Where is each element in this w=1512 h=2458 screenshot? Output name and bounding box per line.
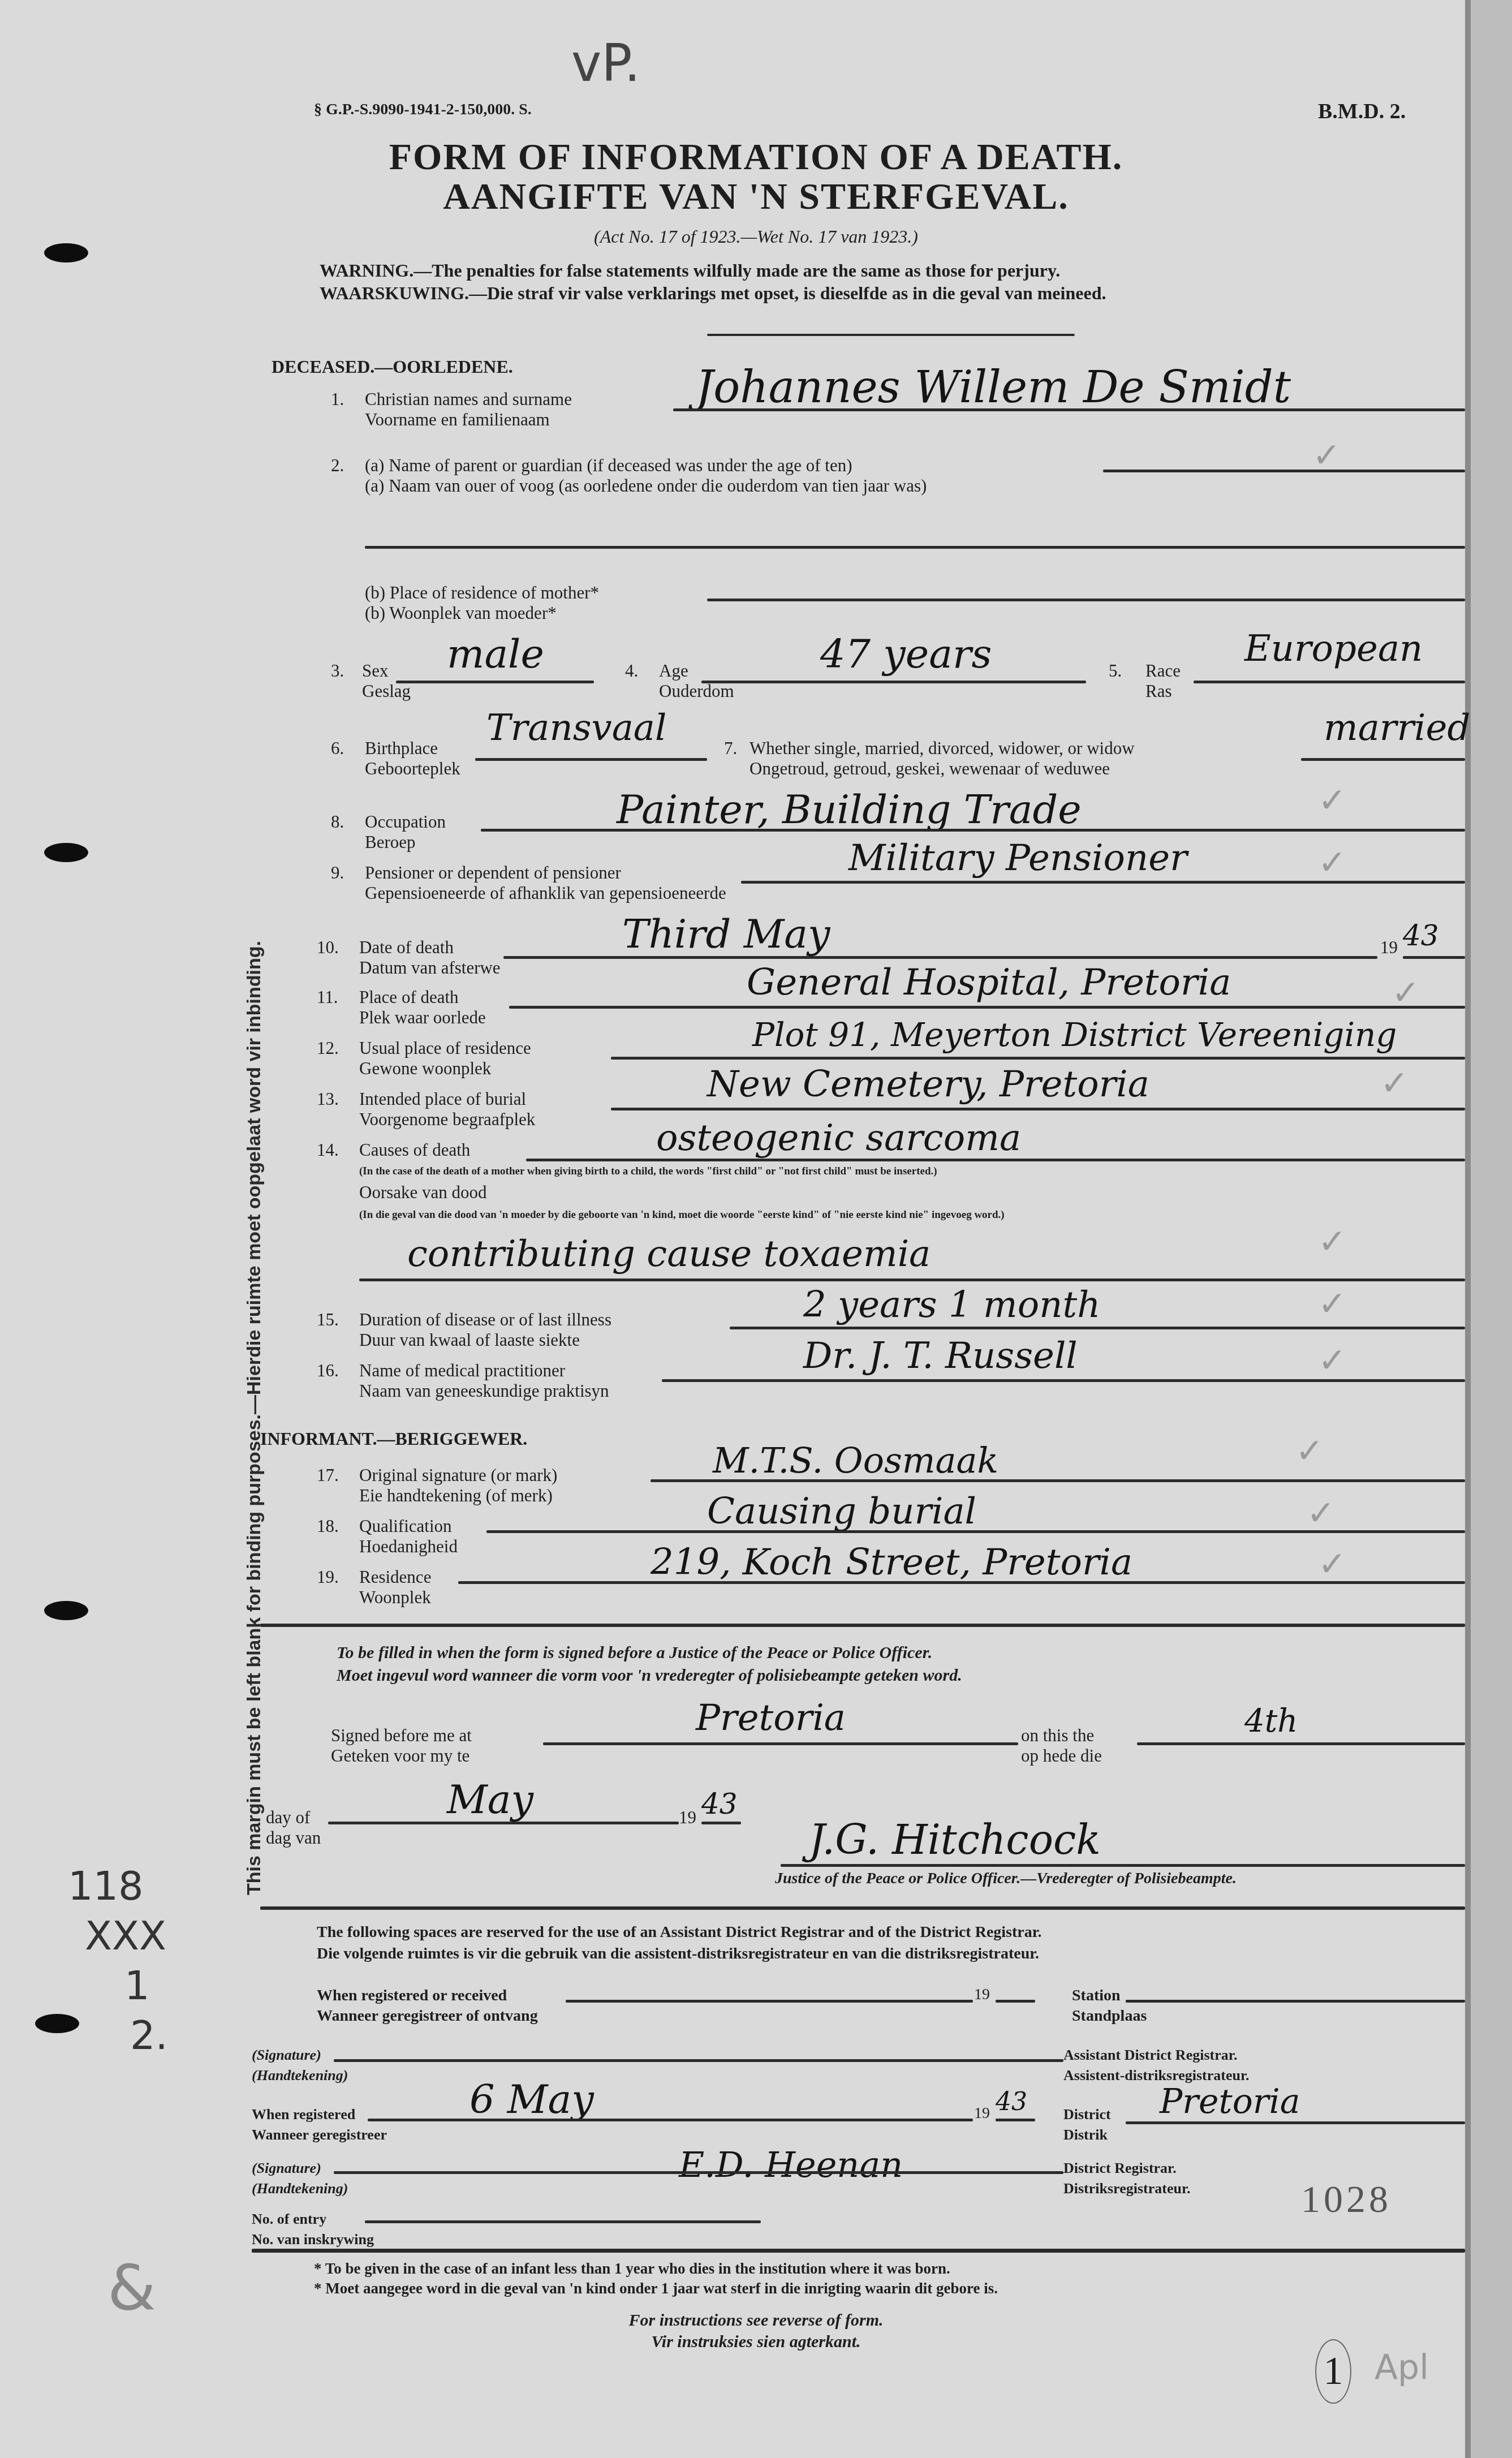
justice-signature[interactable]: J.G. Hitchcock xyxy=(809,1816,1101,1863)
age-value[interactable]: 47 years xyxy=(820,631,992,677)
registrar-intro-af: Die volgende ruimtes is vir die gebruik … xyxy=(317,1945,1039,1963)
justice-caption: Justice of the Peace or Police Officer.—… xyxy=(775,1870,1237,1888)
check-mark-icon: ✓ xyxy=(1318,1284,1346,1324)
signed-at-value[interactable]: Pretoria xyxy=(696,1697,846,1739)
entry-number-field[interactable] xyxy=(365,2220,761,2223)
names-label: Christian names and surname Voorname en … xyxy=(365,389,572,430)
practitioner-value[interactable]: Dr. J. T. Russell xyxy=(803,1335,1078,1377)
instructions-af: Vir instruksies sien agterkant. xyxy=(0,2332,1512,2352)
informant-heading: INFORMANT.—BERIGGEWER. xyxy=(260,1428,527,1449)
stamp-number: 1028 xyxy=(1301,2177,1392,2222)
cause-note-af: (In die geval van die dood van 'n moeder… xyxy=(359,1208,1468,1222)
warning-af: WAARSKUWING.—Die straf vir valse verklar… xyxy=(320,283,1106,304)
informant-signature-value[interactable]: M.T.S. Oosmaak xyxy=(713,1440,998,1481)
section-divider xyxy=(260,1906,1465,1910)
divider xyxy=(707,334,1075,336)
section-divider xyxy=(260,1624,1465,1627)
warning-en: WARNING.—The penalties for false stateme… xyxy=(320,260,1060,281)
circled-number: 1 xyxy=(1315,2339,1351,2404)
names-value[interactable]: Johannes Willem De Smidt xyxy=(696,362,1291,413)
place-of-death-value[interactable]: General Hospital, Pretoria xyxy=(747,962,1231,1004)
parent-guardian-field[interactable] xyxy=(1103,470,1465,472)
act-reference: (Act No. 17 of 1923.—Wet No. 17 van 1923… xyxy=(0,226,1512,247)
occupation-value[interactable]: Painter, Building Trade xyxy=(617,786,1082,833)
print-code: § G.P.-S.9090-1941-2-150,000. S. xyxy=(314,101,532,119)
deceased-heading: DECEASED.—OORLEDENE. xyxy=(272,356,513,377)
informant-residence-value[interactable]: 219, Koch Street, Pretoria xyxy=(651,1542,1132,1583)
race-value[interactable]: European xyxy=(1244,628,1423,670)
birthplace-value[interactable]: Transvaal xyxy=(486,707,666,749)
district-registrar-signature[interactable]: E.D. Heenan xyxy=(679,2144,903,2185)
qualification-value[interactable]: Causing burial xyxy=(707,1491,976,1533)
footnote-en: * To be given in the case of an infant l… xyxy=(314,2260,950,2278)
registered-date-value[interactable]: 6 May xyxy=(469,2076,594,2123)
check-mark-icon: ✓ xyxy=(1318,781,1346,820)
mother-residence-field[interactable] xyxy=(707,599,1465,601)
form-title-af: AANGIFTE VAN 'N STERFGEVAL. xyxy=(0,175,1512,218)
document-sheet: This margin must be left blank for bindi… xyxy=(0,0,1471,2458)
check-mark-icon: ✓ xyxy=(1318,1222,1346,1262)
check-mark-icon: ✓ xyxy=(1380,1064,1408,1103)
death-year-value[interactable]: 43 xyxy=(1403,919,1439,952)
pensioner-value[interactable]: Military Pensioner xyxy=(848,837,1187,879)
cause-value-line2[interactable]: contributing cause toxaemia xyxy=(407,1233,931,1275)
received-field[interactable] xyxy=(566,2000,973,2003)
registrar-intro-en: The following spaces are reserved for th… xyxy=(317,1923,1042,1942)
justice-intro-af: Moet ingevul word wanneer die vorm voor … xyxy=(337,1666,962,1685)
on-this-day-value[interactable]: 4th xyxy=(1244,1703,1298,1740)
district-value[interactable]: Pretoria xyxy=(1160,2082,1300,2121)
residence-value[interactable]: Plot 91, Meyerton District Vereeniging xyxy=(752,1015,1397,1054)
check-mark-icon: ✓ xyxy=(1392,973,1420,1013)
pencil-initial: Apl xyxy=(1375,2348,1429,2387)
sex-value[interactable]: male xyxy=(447,631,544,677)
cause-note-en: (In the case of the death of a mother wh… xyxy=(359,1165,937,1178)
pencil-mark-top: vP. xyxy=(571,34,640,93)
burial-value[interactable]: New Cemetery, Pretoria xyxy=(707,1064,1149,1105)
station-field[interactable] xyxy=(1126,2000,1465,2003)
instructions-en: For instructions see reverse of form. xyxy=(0,2311,1512,2330)
check-mark-icon: ✓ xyxy=(1318,1544,1346,1584)
footnote-af: * Moet aangegee word in die geval van 'n… xyxy=(314,2280,998,2297)
check-mark-icon: ✓ xyxy=(1307,1493,1335,1533)
form-title-en: FORM OF INFORMATION OF A DEATH. xyxy=(0,136,1512,179)
check-mark-icon: ✓ xyxy=(1295,1431,1324,1471)
punch-hole xyxy=(44,843,88,862)
marital-value[interactable]: married xyxy=(1324,707,1470,749)
check-mark-icon: ✓ xyxy=(1318,1341,1346,1380)
asst-registrar-signature-field[interactable] xyxy=(334,2059,1063,2062)
mother-residence-label: (b) Place of residence of mother* (b) Wo… xyxy=(365,583,599,623)
justice-intro-en: To be filled in when the form is signed … xyxy=(337,1643,932,1663)
date-of-death-value[interactable]: Third May xyxy=(622,911,830,957)
parent-guardian-field-2[interactable] xyxy=(365,546,1465,549)
cause-value[interactable]: osteogenic sarcoma xyxy=(656,1117,1021,1159)
registered-year-value[interactable]: 43 xyxy=(996,2087,1027,2116)
binding-margin-note: This margin must be left blank for bindi… xyxy=(243,941,265,1895)
punch-hole xyxy=(44,1601,88,1620)
form-code: B.M.D. 2. xyxy=(1318,99,1406,124)
day-of-value[interactable]: May xyxy=(447,1776,533,1823)
check-mark-icon: ✓ xyxy=(1312,436,1341,475)
section-divider xyxy=(252,2249,1465,2253)
duration-value[interactable]: 2 years 1 month xyxy=(803,1284,1100,1326)
parent-guardian-label: (a) Name of parent or guardian (if decea… xyxy=(365,455,927,496)
margin-pencil-notes: 118 XXX 1 2. xyxy=(68,1861,168,2060)
justice-year-value[interactable]: 43 xyxy=(701,1788,738,1820)
check-mark-icon: ✓ xyxy=(1318,843,1346,883)
